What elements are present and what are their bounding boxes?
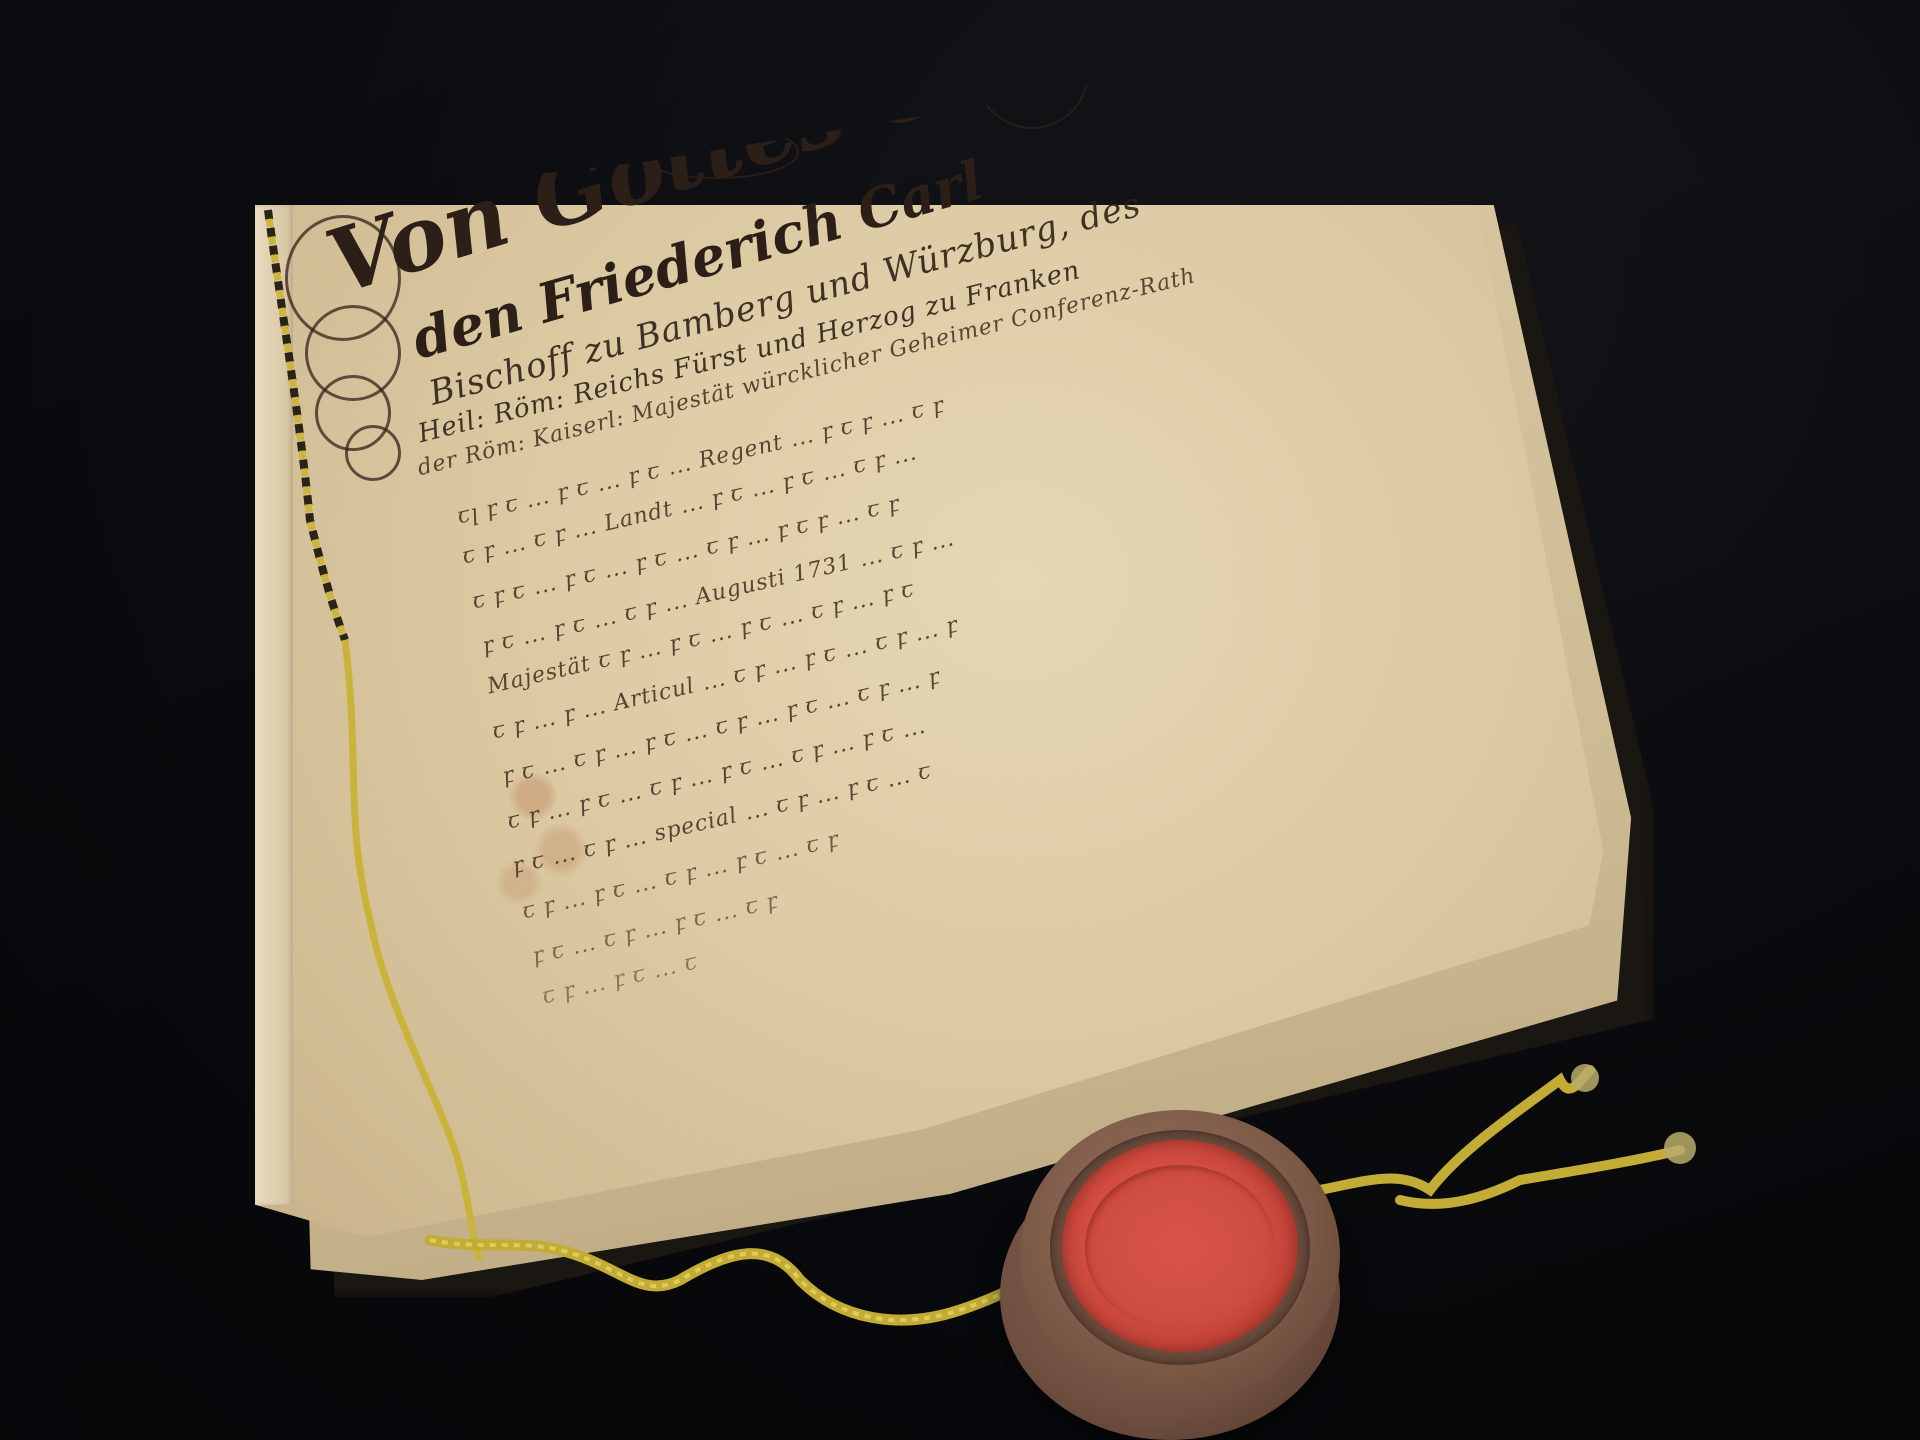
parchment-document: Von Gottes Gna den Friederich Carl Bisch…: [255, 205, 1645, 1280]
wax-seal: [1000, 1110, 1360, 1440]
seal-imprint-icon: [1085, 1165, 1275, 1330]
calligraphy-block: Von Gottes Gna den Friederich Carl Bisch…: [255, 205, 1645, 1280]
flourish-loop-icon: [345, 425, 401, 481]
parchment-sheet: Von Gottes Gna den Friederich Carl Bisch…: [255, 205, 1645, 1280]
